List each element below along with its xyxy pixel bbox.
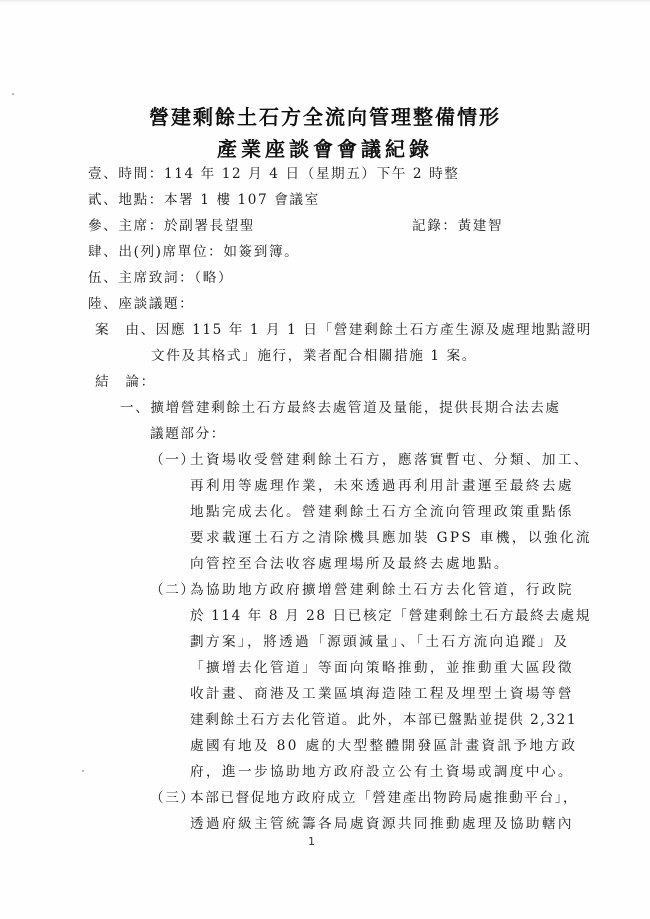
- sub2-line: 府，進一步協助地方政府設立公有土資場或調度中心。: [190, 760, 574, 780]
- chair-speech: 伍、主席致詞：（略）: [88, 266, 233, 286]
- meeting-attendees: 肆、出(列)席單位：如簽到簿。: [88, 240, 299, 260]
- discussion-topics-label: 陸、座談議題：: [88, 296, 194, 312]
- meeting-attendees-label: 肆、出(列)席單位：: [88, 244, 223, 260]
- sub1-line: 再利用等處理作業，未來透過再利用計畫運至最終去處: [190, 474, 574, 494]
- document-subtitle: 產業座談會會議紀錄: [0, 133, 650, 162]
- section1-heading-cont: 議題部分：: [150, 422, 226, 442]
- section1-heading: 一、擴增營建剩餘土石方最終去處管道及量能，提供長期合法去處: [120, 396, 561, 416]
- meeting-time-value: 114 年 12 月 4 日（星期五）下午 2 時整: [164, 166, 460, 182]
- sub1-line: 向管控至合法收容處理場所及最終去處地點。: [190, 552, 510, 572]
- document-page: 營建剩餘土石方全流向管理整備情形 產業座談會會議紀錄 壹、時間：114 年 12…: [0, 0, 650, 919]
- scan-edge: [0, 0, 650, 3]
- discussion-topics: 陸、座談議題：: [88, 292, 194, 312]
- sub2-line: 為協助地方政府擴增營建剩餘土石方去化管道，行政院: [190, 578, 574, 598]
- meeting-time: 壹、時間：114 年 12 月 4 日（星期五）下午 2 時整: [88, 162, 459, 182]
- meeting-location-label: 貳、地點：: [88, 192, 164, 208]
- case-reason-line1: 因應 115 年 1 月 1 日「營建剩餘土石方產生源及處理地點證明: [156, 322, 592, 338]
- meeting-chair: 參、主席：於副署長望聖: [88, 214, 255, 234]
- chair-speech-value: （略）: [194, 270, 233, 286]
- scan-speck: [12, 93, 14, 95]
- scan-speck: [82, 770, 84, 772]
- meeting-location: 貳、地點：本署 1 樓 107 會議室: [88, 188, 320, 208]
- meeting-location-value: 本署 1 樓 107 會議室: [164, 192, 320, 208]
- sub2-line: 處國有地及 80 處的大型整體開發區計畫資訊予地方政: [190, 734, 577, 754]
- sub2-line: 「擴增去化管道」等面向策略推動，並推動重大區段徵: [190, 656, 574, 676]
- case-reason-label: 案 由、: [95, 322, 156, 338]
- conclusion-label: 結 論：: [95, 370, 156, 390]
- sub1-marker: （一）: [150, 448, 196, 468]
- document-title: 營建剩餘土石方全流向管理整備情形: [0, 101, 650, 130]
- meeting-recorder: 記錄：黃建智: [412, 214, 503, 234]
- meeting-time-label: 壹、時間：: [88, 166, 164, 182]
- sub2-line: 建剩餘土石方去化管道。此外，本部已盤點並提供 2,321: [190, 708, 577, 728]
- case-reason: 案 由、因應 115 年 1 月 1 日「營建剩餘土石方產生源及處理地點證明: [95, 318, 592, 338]
- sub2-line: 劃方案」，將透過「源頭減量」、「土石方流向追蹤」及: [190, 630, 569, 650]
- sub1-line: 地點完成去化。營建剩餘土石方全流向管理政策重點係: [190, 500, 574, 520]
- sub2-marker: （二）: [150, 578, 196, 598]
- sub2-line: 於 114 年 8 月 28 日已核定「營建剩餘土石方最終去處規: [190, 604, 591, 624]
- case-reason-line2: 文件及其格式」施行，業者配合相關措施 1 案。: [151, 344, 477, 364]
- sub1-line: 土資場收受營建剩餘土石方，應落實暫屯、分類、加工、: [190, 448, 590, 468]
- chair-speech-label: 伍、主席致詞：: [88, 270, 194, 286]
- meeting-attendees-value: 如簽到簿。: [223, 244, 299, 260]
- meeting-chair-value: 於副署長望聖: [164, 218, 255, 234]
- sub3-line: 透過府級主管統籌各局處資源共同推動處理及協助轄內: [190, 812, 574, 832]
- page-number: 1: [308, 835, 315, 848]
- sub2-line: 收計畫、商港及工業區填海造陸工程及埋型土資場等營: [190, 682, 574, 702]
- sub3-line: 本部已督促地方政府成立「營建產出物跨局處推動平台」，: [190, 786, 578, 806]
- sub1-line: 要求載運土石方之清除機具應加裝 GPS 車機，以強化流: [190, 526, 592, 546]
- sub3-marker: （三）: [150, 786, 196, 806]
- meeting-chair-label: 參、主席：: [88, 218, 164, 234]
